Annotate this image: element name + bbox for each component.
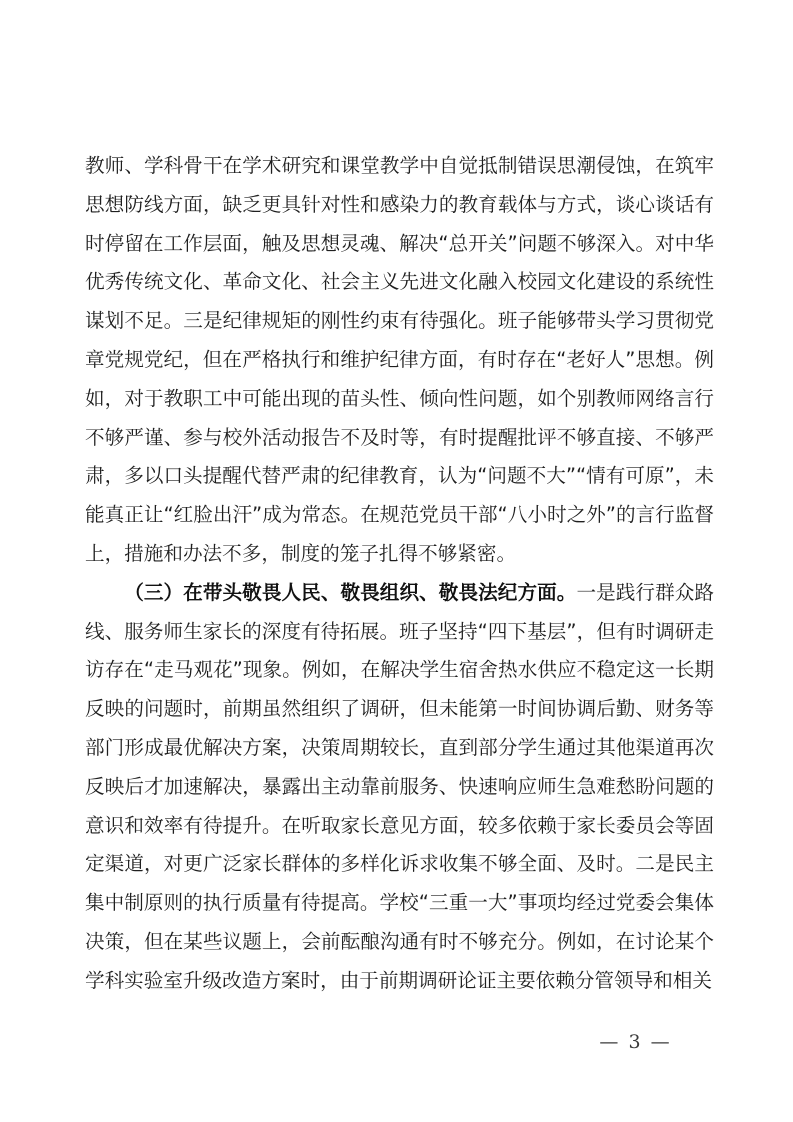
page-number: — 3 — bbox=[588, 1031, 683, 1053]
section-heading: （三）在带头敬畏人民、敬畏组织、敬畏法纪方面。 bbox=[124, 581, 576, 604]
section-paragraph: （三）在带头敬畏人民、敬畏组织、敬畏法纪方面。一是践行群众路线、服务师生家长的深… bbox=[85, 574, 714, 1001]
paragraph-continuation: 教师、学科骨干在学术研究和课堂教学中自觉抵制错误思潮侵蚀，在筑牢思想防线方面，缺… bbox=[85, 147, 714, 574]
section-body-text: 一是践行群众路线、服务师生家长的深度有待拓展。班子坚持“四下基层”，但有时调研走… bbox=[85, 581, 714, 992]
page-body: 教师、学科骨干在学术研究和课堂教学中自觉抵制错误思潮侵蚀，在筑牢思想防线方面，缺… bbox=[85, 147, 714, 1001]
document-page: 教师、学科骨干在学术研究和课堂教学中自觉抵制错误思潮侵蚀，在筑牢思想防线方面，缺… bbox=[0, 0, 793, 1122]
